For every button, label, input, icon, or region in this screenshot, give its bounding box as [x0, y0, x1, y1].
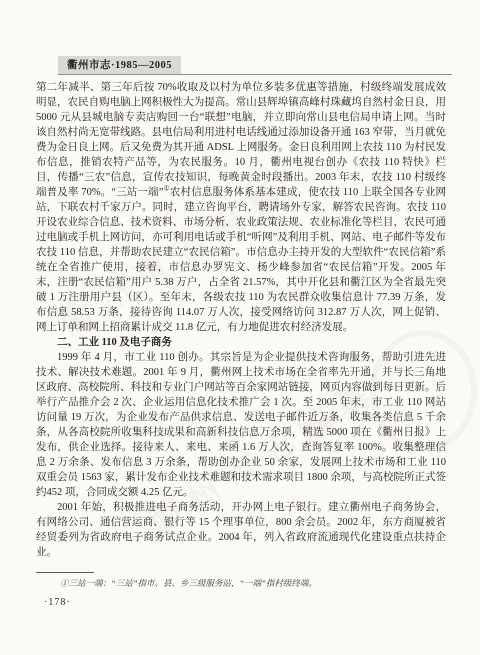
paragraph-2: 1999 年 4 月，市工业 110 创办。其宗旨是为企业提供技术咨询服务，帮助… — [36, 350, 446, 500]
body-text: 第二年减半、第三年后按 70%收取及以村为单位多装多优惠等措施，村级终端发展成效… — [36, 80, 446, 560]
header-rule — [58, 74, 452, 75]
page-number: ·178· — [44, 597, 71, 608]
document-page: 衢州市志编纂 衢州市志编纂 衢州市志·1985—2005 第二年减半、第三年后按… — [0, 0, 480, 655]
paragraph-1: 第二年减半、第三年后按 70%收取及以村为单位多装多优惠等措施，村级终端发展成效… — [36, 80, 446, 335]
footnote-text: ①三站一端：“三站”指市、县、乡三级服务站，“一端”指村级终端。 — [60, 578, 440, 589]
running-header: 衢州市志·1985—2005 — [58, 56, 181, 74]
running-header-title: 衢州市志·1985—2005 — [67, 60, 172, 71]
footnote-divider — [36, 572, 94, 573]
paragraph-3: 2001 年始，积极推进电子商务活动，开办网上电子银行。建立衢州电子商务协会，有… — [36, 500, 446, 560]
paragraph-1-text: 农村信息服务体系基本建成，使农技 110 上联全国各专业网站，下联农村千家万户。… — [36, 187, 446, 333]
section-heading: 二、工业 110 及电子商务 — [36, 335, 446, 350]
paragraph-1-text: 第二年减半、第三年后按 70%收取及以村为单位多装多优惠等措施，村级终端发展成效… — [36, 82, 446, 198]
